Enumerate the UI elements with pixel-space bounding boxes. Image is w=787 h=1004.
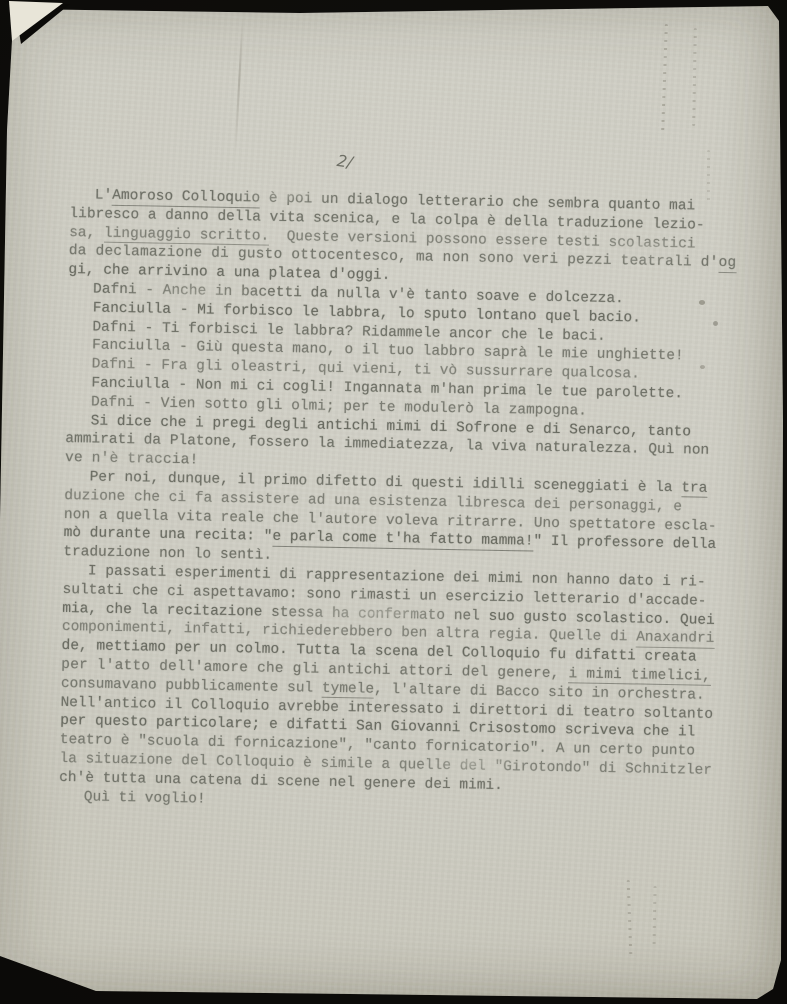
stain-streak-top-right-2 (692, 28, 697, 126)
stain-streak-top-right-1 (661, 24, 668, 132)
underlined-text: tra (681, 480, 707, 498)
text-segment: " Il professore della (533, 534, 716, 553)
text-segment: Quì ti voglio! (84, 789, 206, 807)
underlined-text: og (718, 255, 736, 273)
underlined-text: i mimi timelici, (568, 666, 711, 686)
typewritten-text: L'Amoroso Colloquio è poi un dialogo let… (59, 186, 760, 819)
text-segment: sa, (69, 225, 104, 242)
page-number: 2/ (336, 151, 354, 172)
stain-streak-bottom-right-2 (652, 886, 656, 948)
paper-sheet: 2/ L'Amoroso Colloquio è poi un dialogo … (0, 0, 787, 1004)
underlined-text: tymele (322, 680, 375, 698)
underlined-text: Amoroso Colloquio (112, 188, 260, 208)
scanned-document: 2/ L'Amoroso Colloquio è poi un dialogo … (0, 0, 787, 1004)
paper-crease (234, 18, 243, 153)
text-segment: traduzione non lo sentì. (63, 544, 272, 564)
stain-streak-bottom-right-1 (627, 880, 633, 955)
text-segment: L' (95, 187, 113, 203)
text-segment: ve n'è traccia! (65, 450, 199, 468)
underlined-text: Anaxandri (636, 630, 715, 649)
text-segment: mò durante una recita: " (63, 525, 272, 545)
